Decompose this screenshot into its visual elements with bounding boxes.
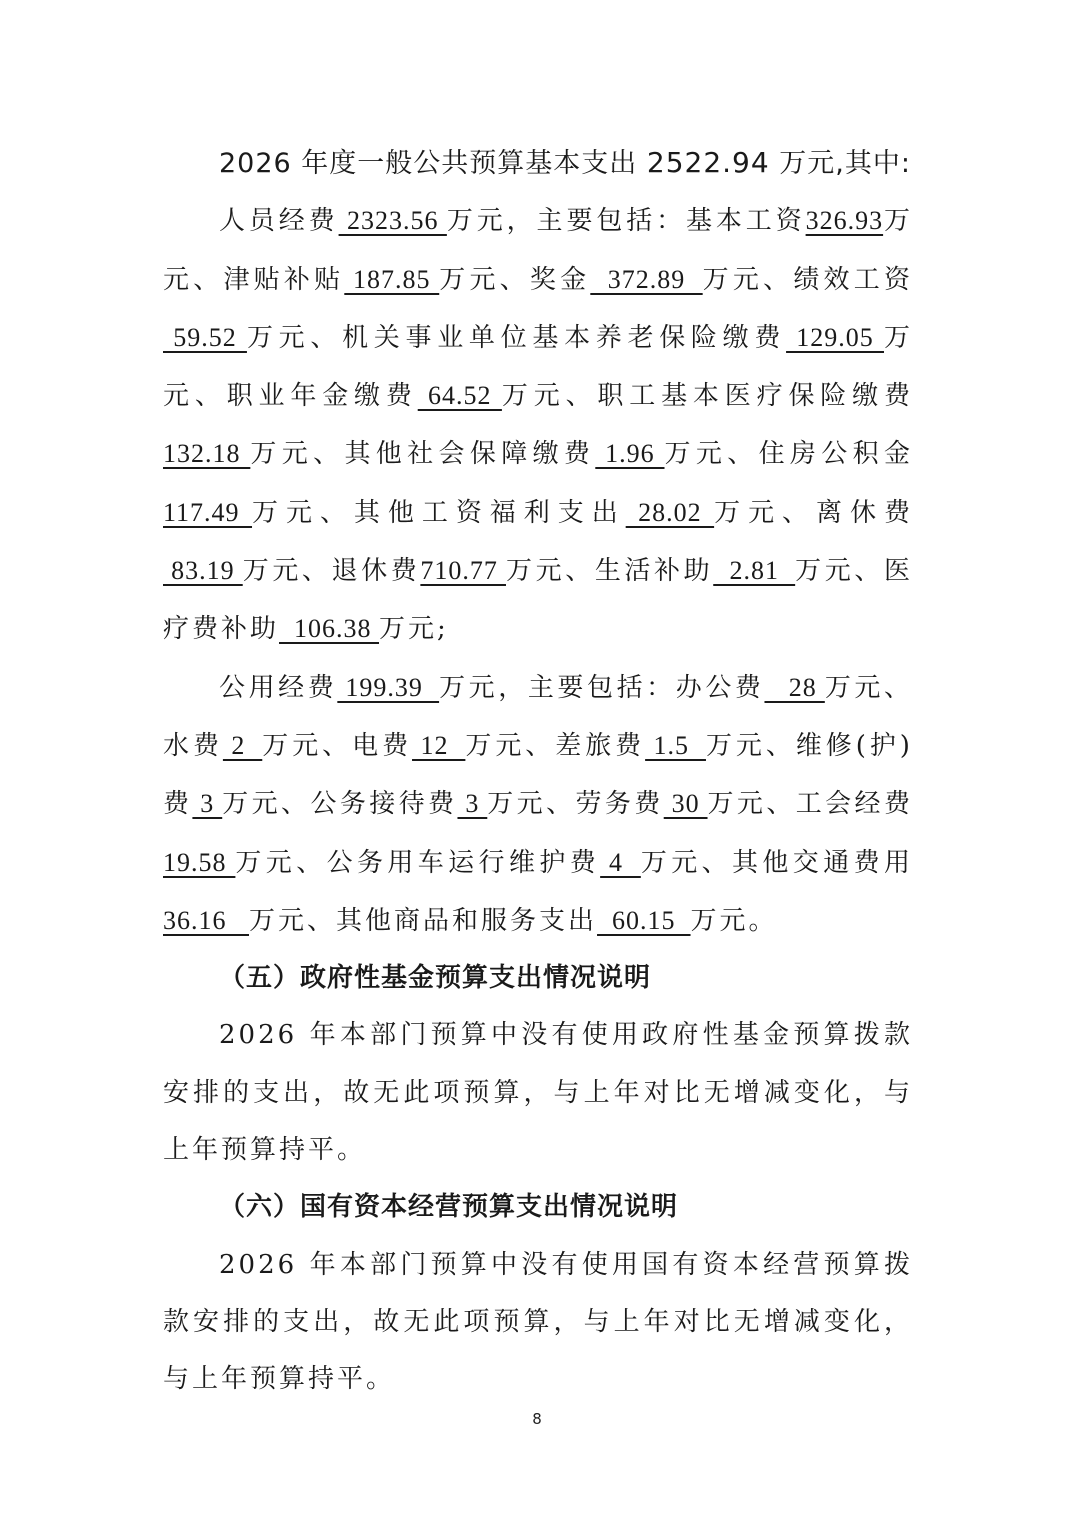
- personnel-label: 人员经费: [219, 206, 339, 236]
- personnel-item-name: 奖金: [530, 265, 590, 295]
- public-item-value: 28: [764, 673, 824, 702]
- personnel-item-value: 64.52: [418, 381, 502, 410]
- personnel-item-value: 2.81: [713, 556, 795, 585]
- personnel-item-value: 132.18: [163, 439, 250, 468]
- personnel-item-unit: 万元、: [439, 265, 530, 295]
- public-item-unit: 万元、: [708, 789, 796, 819]
- public-item-name: 公务接待费: [310, 789, 457, 819]
- public-item-name: 电费: [352, 731, 412, 761]
- personnel-item-unit: 万元、: [795, 556, 884, 586]
- total-basic-expenditure: 2522.94: [647, 146, 770, 179]
- public-item-value: 12: [412, 731, 465, 760]
- public-item-unit: 万元。: [691, 906, 778, 936]
- public-item-unit: 万元、: [249, 906, 336, 936]
- personnel-item-unit: 万元、: [243, 556, 332, 586]
- public-total: 199.39: [337, 673, 439, 702]
- section-6-heading: （六）国有资本经营预算支出情况说明: [163, 1179, 913, 1236]
- personnel-items: 基本工资326.93万元、津贴补贴 187.85 万元、奖金 372.89 万元…: [163, 206, 913, 644]
- personnel-item-value: 187.85: [344, 265, 439, 294]
- intro-suffix: 万元,其中:: [770, 148, 911, 179]
- public-item-unit: 万元、: [641, 848, 732, 878]
- intro-prefix: 2026 年度一般公共预算基本支出: [219, 148, 647, 179]
- public-item-name: 劳务费: [576, 789, 664, 819]
- general-budget-intro: 2026 年度一般公共预算基本支出 2522.94 万元,其中:: [163, 134, 913, 192]
- section-6-body: 2026 年本部门预算中没有使用国有资本经营预算拨款安排的支出，故无此项预算，与…: [163, 1237, 913, 1409]
- personnel-item-name: 其他工资福利支出: [354, 498, 626, 528]
- personnel-item-name: 津贴补贴: [223, 265, 344, 295]
- public-items: 办公费 28 万元、水费 2 万元、电费 12 万元、差旅费 1.5 万元、维修…: [163, 673, 913, 936]
- personnel-item-value: 59.52: [163, 323, 247, 352]
- personnel-item-value: 326.93: [806, 206, 884, 235]
- personnel-expenses-paragraph: 人员经费 2323.56 万元，主要包括：基本工资326.93万元、津贴补贴 1…: [163, 192, 913, 658]
- public-item-unit: 万元、: [235, 848, 326, 878]
- personnel-item-value: 28.02: [626, 498, 714, 527]
- personnel-item-value: 83.19: [163, 556, 243, 585]
- public-item-name: 公务用车运行维护费: [327, 848, 601, 878]
- public-item-value: 2: [223, 731, 262, 760]
- public-item-name: 水费: [163, 731, 223, 761]
- personnel-item-unit: 万元、: [703, 265, 794, 295]
- public-item-value: 60.15: [597, 906, 691, 935]
- public-item-value: 1.5: [645, 731, 706, 760]
- personnel-item-unit: 万元、: [247, 323, 342, 353]
- public-item-unit: 万元、: [465, 731, 555, 761]
- document-page: 2026 年度一般公共预算基本支出 2522.94 万元,其中: 人员经费 23…: [163, 134, 913, 1409]
- public-lead: 万元，主要包括：: [439, 673, 676, 703]
- personnel-total: 2323.56: [339, 206, 447, 235]
- public-item-value: 3: [192, 789, 222, 818]
- personnel-item-value: 372.89: [590, 265, 702, 294]
- public-item-value: 30: [664, 789, 708, 818]
- public-item-name: 工会经费: [796, 789, 913, 819]
- public-item-value: 4: [600, 848, 641, 877]
- public-item-name: 办公费: [676, 673, 765, 703]
- personnel-item-unit: 万元、: [502, 381, 598, 411]
- public-item-unit: 万元、: [262, 731, 352, 761]
- public-item-unit: 万元、: [706, 731, 796, 761]
- personnel-item-unit: 万元、: [506, 556, 595, 586]
- personnel-item-name: 住房公积金: [759, 439, 913, 469]
- personnel-item-name: 基本工资: [686, 206, 806, 236]
- public-item-unit: 万元、: [222, 789, 310, 819]
- personnel-item-name: 其他社会保障缴费: [344, 439, 595, 469]
- personnel-item-unit: 万元、: [250, 439, 344, 469]
- personnel-item-name: 退休费: [332, 556, 421, 586]
- personnel-item-name: 职业年金缴费: [227, 381, 418, 411]
- personnel-item-unit: 万元、: [665, 439, 759, 469]
- public-item-name: 其他交通费用: [732, 848, 913, 878]
- public-item-value: 36.16: [163, 906, 249, 935]
- personnel-item-unit: 万元、: [714, 498, 816, 528]
- section-5-heading: （五）政府性基金预算支出情况说明: [163, 950, 913, 1007]
- personnel-item-name: 机关事业单位基本养老保险缴费: [342, 323, 786, 353]
- personnel-item-name: 绩效工资: [793, 265, 913, 295]
- personnel-item-unit: 万元、: [252, 498, 354, 528]
- public-item-value: 19.58: [163, 848, 235, 877]
- personnel-item-value: 117.49: [163, 498, 252, 527]
- personnel-item-name: 离休费: [816, 498, 913, 528]
- section-5-body: 2026 年本部门预算中没有使用政府性基金预算拨款安排的支出，故无此项预算，与上…: [163, 1007, 913, 1179]
- personnel-item-name: 生活补助: [595, 556, 713, 586]
- personnel-item-value: 129.05: [786, 323, 884, 352]
- public-label: 公用经费: [219, 673, 337, 703]
- page-number: 8: [0, 1410, 1074, 1428]
- personnel-item-value: 710.77: [420, 556, 506, 585]
- public-expenses-paragraph: 公用经费 199.39 万元，主要包括：办公费 28 万元、水费 2 万元、电费…: [163, 659, 913, 950]
- personnel-item-unit: 万元;: [379, 614, 449, 644]
- public-item-name: 其他商品和服务支出: [336, 906, 597, 936]
- personnel-item-name: 职工基本医疗保险缴费: [597, 381, 913, 411]
- public-item-unit: 万元、: [825, 673, 913, 703]
- personnel-item-value: 106.38: [279, 614, 379, 643]
- public-item-name: 差旅费: [555, 731, 645, 761]
- personnel-item-value: 1.96: [595, 439, 664, 468]
- public-item-unit: 万元、: [487, 789, 575, 819]
- personnel-lead: 万元，主要包括：: [447, 206, 686, 236]
- public-item-value: 3: [457, 789, 487, 818]
